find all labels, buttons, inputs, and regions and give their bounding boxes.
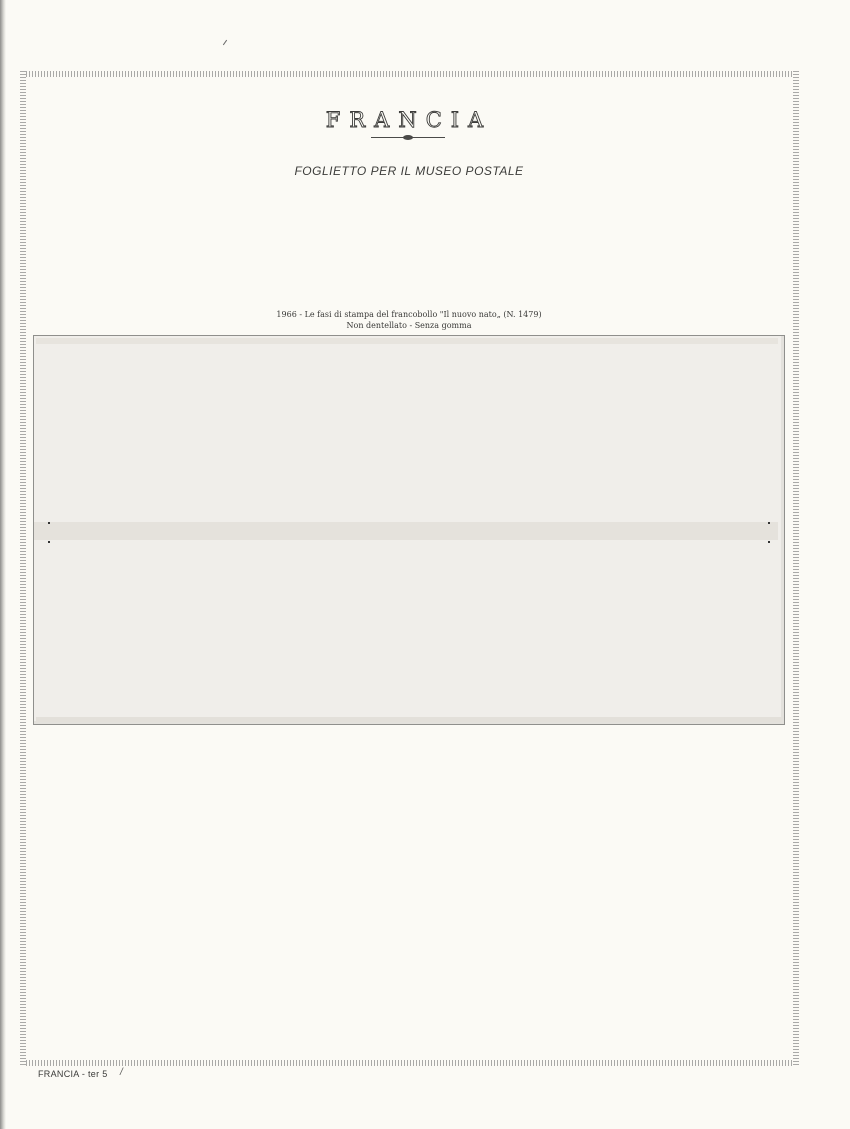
title-ornament-divider — [371, 135, 445, 140]
mount-center-gutter — [34, 522, 778, 540]
frame-border-left — [20, 71, 26, 1066]
registration-dot — [48, 541, 50, 543]
registration-dot — [768, 541, 770, 543]
page-subtitle: FOGLIETTO PER IL MUSEO POSTALE — [0, 164, 818, 178]
frame-border-top — [20, 71, 799, 77]
stamp-caption-details: Non dentellato - Senza gomma — [0, 321, 818, 330]
mount-top-band — [36, 338, 778, 344]
registration-dot — [768, 522, 770, 524]
page-title: FRANCIA — [0, 108, 818, 132]
stamp-mount-pocket[interactable] — [33, 335, 785, 725]
stamp-caption-title: 1966 - Le fasi di stampa del francobollo… — [0, 310, 818, 319]
ornament-center — [403, 135, 413, 140]
frame-border-right — [793, 71, 799, 1066]
mount-bottom-band — [36, 717, 782, 722]
page-footer-label: FRANCIA - ter 5 — [38, 1069, 108, 1079]
pencil-mark — [223, 40, 227, 45]
handwritten-mark: / — [120, 1067, 123, 1078]
frame-border-bottom — [20, 1060, 799, 1066]
registration-dot — [48, 522, 50, 524]
